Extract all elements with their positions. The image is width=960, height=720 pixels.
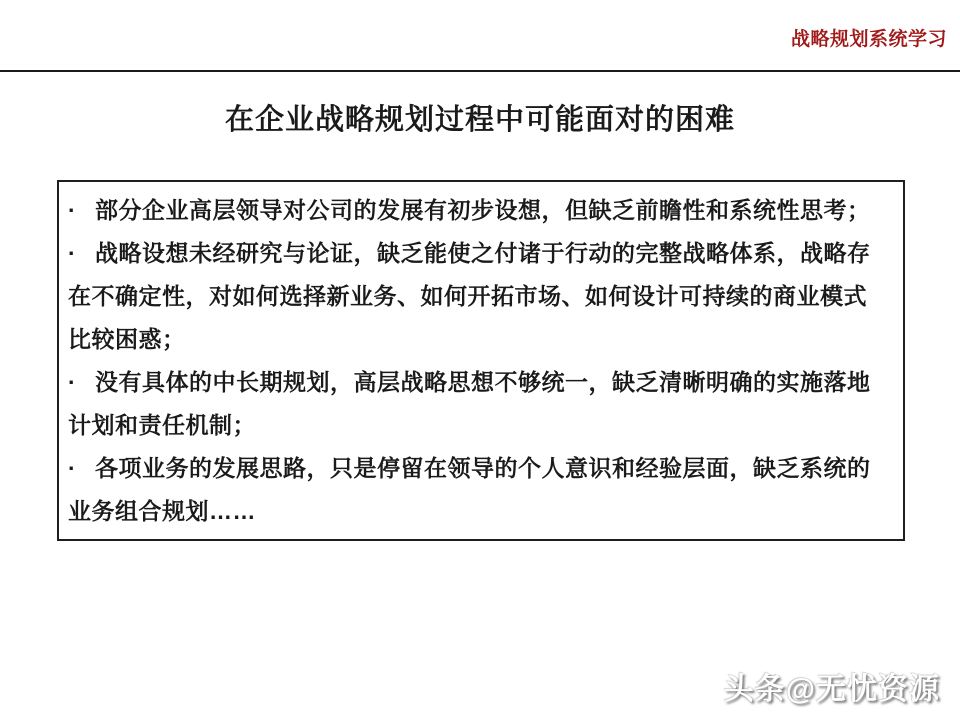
content-line: ·部分企业高层领导对公司的发展有初步设想，但缺乏前瞻性和系统性思考； (68, 189, 899, 232)
content-line: 计划和责任机制； (68, 404, 899, 447)
bullet-dot-icon: · (68, 232, 95, 275)
header-divider-line (0, 70, 960, 72)
content-line: ·没有具体的中长期规划，高层战略思想不够统一，缺乏清晰明确的实施落地 (68, 361, 899, 404)
watermark: 头条@无忧资源 (724, 664, 940, 708)
content-line-text: 各项业务的发展思路，只是停留在领导的个人意识和经验层面，缺乏系统的 (95, 455, 871, 481)
slide-canvas: 战略规划系统学习 在企业战略规划过程中可能面对的困难 ·部分企业高层领导对公司的… (0, 0, 960, 720)
content-box: ·部分企业高层领导对公司的发展有初步设想，但缺乏前瞻性和系统性思考； ·战略设想… (57, 180, 905, 541)
bullet-dot-icon: · (68, 447, 95, 490)
header-label: 战略规划系统学习 (791, 24, 947, 51)
content-line: 业务组合规划…… (68, 490, 899, 533)
content-line-text: 比较困惑； (68, 326, 186, 352)
content-line-text: 战略设想未经研究与论证，缺乏能使之付诸于行动的完整战略体系，战略存 (95, 240, 871, 266)
bullet-dot-icon: · (68, 189, 95, 232)
content-line-text: 在不确定性，对如何选择新业务、如何开拓市场、如何设计可持续的商业模式 (68, 283, 867, 309)
bullet-dot-icon: · (68, 361, 95, 404)
content-line: 在不确定性，对如何选择新业务、如何开拓市场、如何设计可持续的商业模式 (68, 275, 899, 318)
content-line: ·战略设想未经研究与论证，缺乏能使之付诸于行动的完整战略体系，战略存 (68, 232, 899, 275)
content-line: ·各项业务的发展思路，只是停留在领导的个人意识和经验层面，缺乏系统的 (68, 447, 899, 490)
content-line: 比较困惑； (68, 318, 899, 361)
content-line-text: 部分企业高层领导对公司的发展有初步设想，但缺乏前瞻性和系统性思考； (95, 197, 871, 223)
content-line-text: 没有具体的中长期规划，高层战略思想不够统一，缺乏清晰明确的实施落地 (95, 369, 871, 395)
content-line-text: 业务组合规划…… (68, 498, 256, 524)
content-line-text: 计划和责任机制； (68, 412, 256, 438)
page-title: 在企业战略规划过程中可能面对的困难 (0, 97, 960, 138)
